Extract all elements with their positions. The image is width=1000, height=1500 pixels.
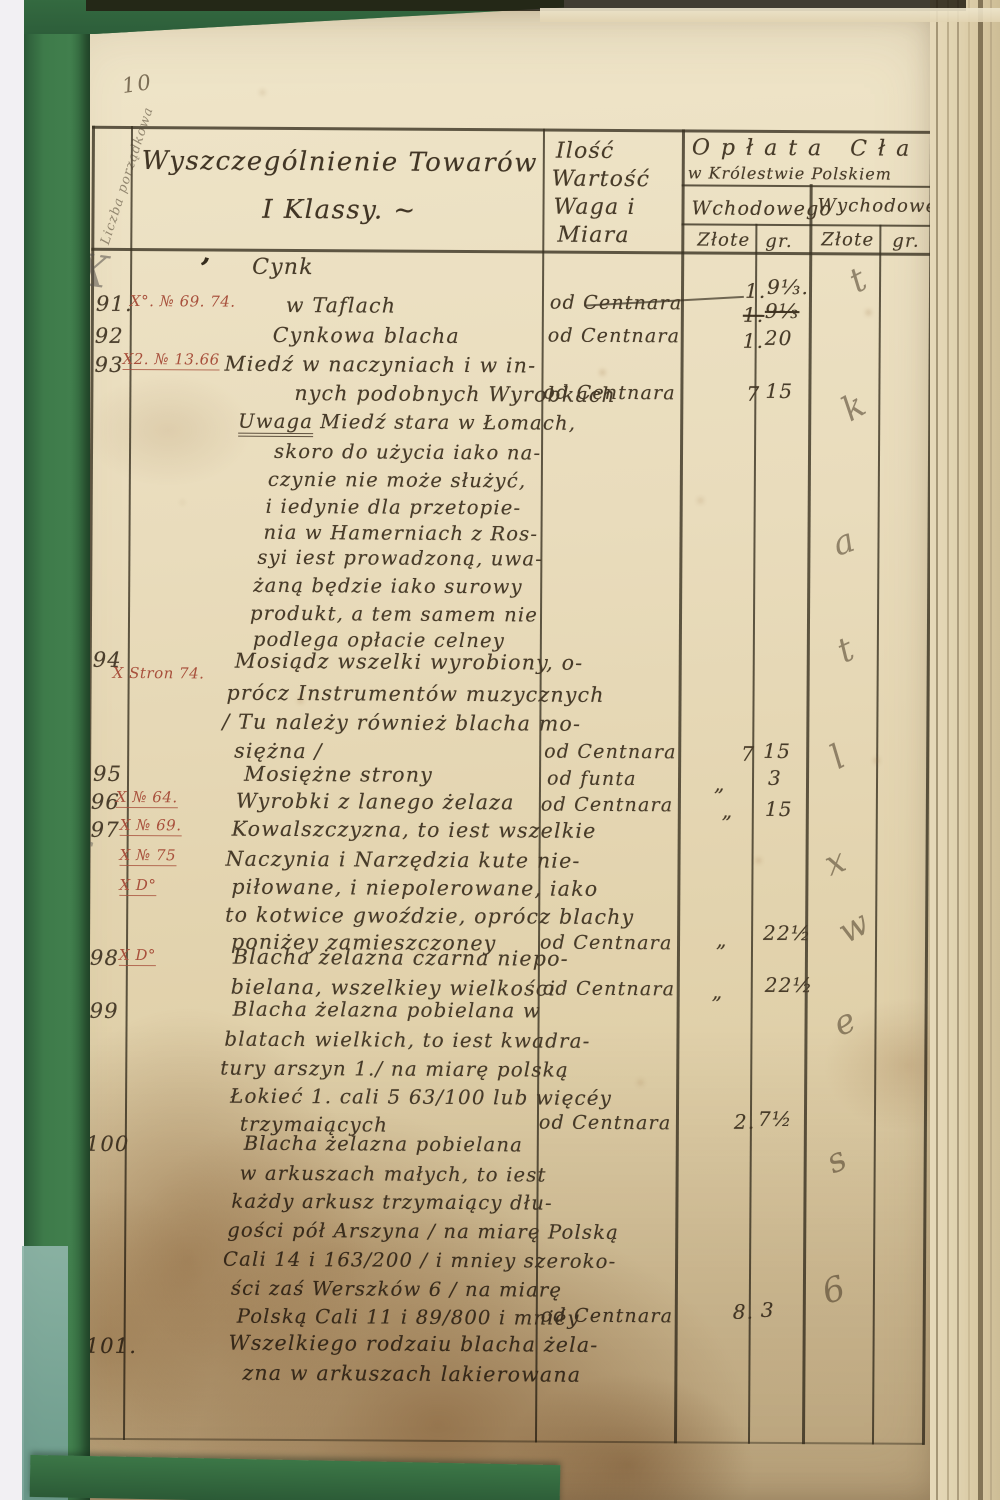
description-line: Mosiądz wszelki wyrobiony, o- — [235, 649, 584, 675]
description-line: Blacha żelazna pobielana — [244, 1132, 523, 1157]
description-line: Miedź stara w Łomach, — [320, 410, 576, 435]
goods-column-title-line1: Wyszczególnienie Towarów — [140, 146, 540, 178]
description-line: Naczynia i Narzędzia kute nie- — [225, 847, 580, 873]
description-line: Łokieć 1. cali 5 63/100 lub więcéy — [230, 1085, 612, 1110]
description-line: prócz Instrumentów muzycznych — [226, 681, 604, 707]
duty-zlote-value: 2. — [734, 1110, 756, 1134]
description-line: siężna / — [234, 739, 323, 764]
duty-zlote-value: 7 — [746, 382, 760, 406]
red-reference-note: X°. № 69. 74. — [130, 292, 236, 311]
description-line: w arkuszach małych, to iest — [240, 1162, 547, 1187]
duty-zlote-value: „ — [716, 928, 728, 952]
duty-grosze-value: 15 — [765, 379, 793, 403]
description-line: Wyrobki z lanego żelaza — [236, 789, 515, 815]
row-number: 100 — [86, 1132, 130, 1156]
duty-title-line1: Opłata Cła — [692, 135, 921, 161]
measure-header-line1: Ilość — [556, 139, 615, 164]
red-reference-note: X2. № 13.66 — [123, 350, 220, 371]
struck-grosze-value: 9⅓ — [765, 299, 800, 323]
description-line: Kowalszczyzna, to iest wszelkie — [232, 817, 597, 843]
gr-header-inbound: gr. — [765, 231, 793, 252]
description-line: blatach wielkich, to iest kwadra- — [224, 1028, 590, 1053]
description-line: Cynk — [252, 255, 314, 280]
page-edge-line — [947, 0, 949, 1500]
description-line: skoro do użycia iako na- — [274, 440, 541, 465]
duty-grosze-value: 7½ — [758, 1107, 793, 1131]
page-edge-line — [978, 0, 983, 1500]
grid-line — [123, 126, 133, 1440]
duty-inbound-header: Wchodowego — [691, 197, 832, 220]
red-reference-note: X Stron 74. — [113, 664, 205, 683]
description-line: każdy arkusz trzymaiący dłu- — [231, 1190, 552, 1215]
gr-header-outbound: gr. — [892, 231, 920, 252]
measure-header-line2: Wartość — [552, 167, 651, 193]
page-edge-line — [990, 0, 992, 1500]
description-line: Cali 14 i 163/200 / i mniey szeroko- — [223, 1248, 616, 1273]
description-line: czynie nie może służyć, — [268, 468, 527, 493]
description-line: Blacha żelazna pobielana w — [233, 998, 542, 1023]
duty-zlote-value: „ — [714, 772, 726, 796]
red-reference-note: X D° — [119, 876, 156, 896]
page-number: 10 — [120, 70, 154, 98]
marginalia-mark: l — [824, 737, 852, 777]
unit-of-measure: od Centnara — [541, 1305, 674, 1328]
description-line: Blacha żelazna czarna niepo- — [233, 945, 569, 971]
row-number: 99 — [90, 999, 119, 1023]
red-reference-note: X № 69. — [120, 816, 182, 836]
marginalia-mark: x — [819, 840, 852, 884]
row-number: 92 — [95, 324, 124, 348]
row-number: 98 — [90, 946, 119, 970]
unit-of-measure: od Centnara — [543, 978, 676, 1001]
duty-zlote-value: „ — [722, 799, 734, 823]
duty-zlote-value: 7 — [741, 742, 755, 766]
duty-title-line2: w Królestwie Polskiem — [688, 163, 892, 183]
duty-grosze-value: 3 — [768, 766, 782, 790]
duty-grosze-value: 3 — [761, 1298, 775, 1322]
page-stack-right-edge — [930, 0, 1000, 1500]
unit-of-measure: od Centnara — [541, 794, 674, 817]
zlote-header-outbound: Złote — [821, 229, 874, 250]
grid-line — [84, 1438, 924, 1445]
page-edge-line — [968, 0, 970, 1500]
row-number: 101. — [85, 1334, 137, 1358]
description-line: Mosiężne strony — [244, 762, 433, 787]
duty-grosze-value: 9⅓. — [767, 275, 809, 299]
description-line: Polską Cali 11 i 89/800 i mniéy — [237, 1305, 580, 1330]
unit-of-measure: od Centnara — [550, 292, 683, 315]
measure-header-line3: Waga i — [553, 195, 635, 221]
description-line: bielana, wszelkiey wielkości — [231, 975, 557, 1001]
foxing-spots — [0, 0, 1, 1]
duty-zlote-value: „ — [712, 980, 724, 1004]
description-line: w Taflach — [286, 293, 396, 318]
grid-line — [872, 225, 881, 1445]
unit-of-measure: od funta — [547, 768, 637, 791]
measure-header-line4: Miara — [557, 223, 629, 248]
marginalia-mark: s — [820, 1139, 853, 1183]
top-page-edge — [540, 8, 1000, 22]
description-line: Miedź w naczyniach i w in- — [224, 352, 536, 378]
description-line: syi iest prowadzoną, uwa- — [257, 546, 543, 571]
red-reference-note: X № 75 — [119, 846, 176, 866]
duty-zlote-value: 1. — [743, 329, 765, 353]
description-line: ści zaś Werszków 6 / na miarę — [231, 1277, 562, 1302]
unit-of-measure: od Centnara — [543, 382, 676, 405]
duty-grosze-value: 22½ — [765, 973, 814, 997]
marginalia-mark: 6 — [817, 1268, 850, 1313]
page-edge-line — [957, 0, 959, 1500]
unit-of-measure: od Centnara — [539, 1112, 672, 1135]
table-layer: Wyszczególnienie Towarów I Klassy. ~ Ilo… — [0, 0, 1000, 1500]
duty-grosze-value: 20 — [765, 326, 793, 350]
description-line: gości pół Arszyna / na miarę Polską — [227, 1219, 619, 1244]
marginalia-mark: k — [835, 385, 873, 430]
zlote-header-inbound: Złote — [697, 229, 750, 250]
grid-line — [802, 184, 812, 1444]
red-reference-note: X № 64. — [116, 788, 178, 808]
grid-line — [748, 224, 757, 1444]
description-line: żaną będzie iako surowy — [253, 574, 523, 599]
grid-line — [535, 129, 545, 1443]
uwaga-label: Uwaga — [238, 410, 313, 437]
scanned-ledger-page: Wyszczególnienie Towarów I Klassy. ~ Ilo… — [0, 0, 1000, 1500]
description-line: Cynkowa blacha — [273, 323, 460, 348]
description-line: tury arszyn 1./ na miarę polską — [220, 1057, 569, 1082]
unit-of-measure: od Centnara — [544, 741, 677, 764]
row-number: 93 — [94, 353, 123, 377]
grid-line — [681, 223, 931, 227]
red-reference-note: X D° — [119, 946, 156, 966]
page-edge-line — [936, 0, 938, 1500]
description-line: i iedynie dla przetopie- — [266, 495, 522, 520]
duty-zlote-value: 8. — [733, 1300, 755, 1324]
grid-line — [92, 126, 932, 134]
goods-column-title-line2: I Klassy. ~ — [139, 194, 539, 226]
description-line: nia w Hamerniach z Ros- — [263, 521, 538, 546]
row-number: 97 — [91, 818, 120, 842]
duty-zlote-value: 1. — [745, 279, 767, 303]
grid-line — [91, 248, 931, 256]
struck-zlote-value: 1. — [743, 303, 765, 327]
unit-of-measure: od Centnara — [548, 325, 681, 348]
marginalia-mark: t — [843, 260, 874, 302]
duty-grosze-value: 15 — [763, 739, 791, 763]
marginalia-mark: w — [831, 903, 876, 952]
duty-grosze-value: 22½ — [763, 921, 812, 945]
grid-line — [682, 184, 932, 188]
marginalia-mark: a — [827, 520, 860, 564]
description-line: to kotwice gwoździe, oprócz blachy — [225, 903, 634, 929]
description-line: / Tu należy również blacha mo- — [222, 710, 581, 736]
description-line: piłowane, i niepolerowane, iako — [231, 875, 598, 901]
description-line: Wszelkiego rodzaiu blacha żela- — [229, 1331, 599, 1357]
description-line: zna w arkuszach lakierowana — [242, 1361, 581, 1387]
row-number: 95 — [93, 762, 122, 786]
marginalia-mark: e — [827, 1000, 861, 1045]
description-line: produkt, a tem samem nie — [250, 602, 538, 627]
marginalia-mark: t — [831, 629, 860, 671]
duty-grosze-value: 15 — [765, 797, 793, 821]
